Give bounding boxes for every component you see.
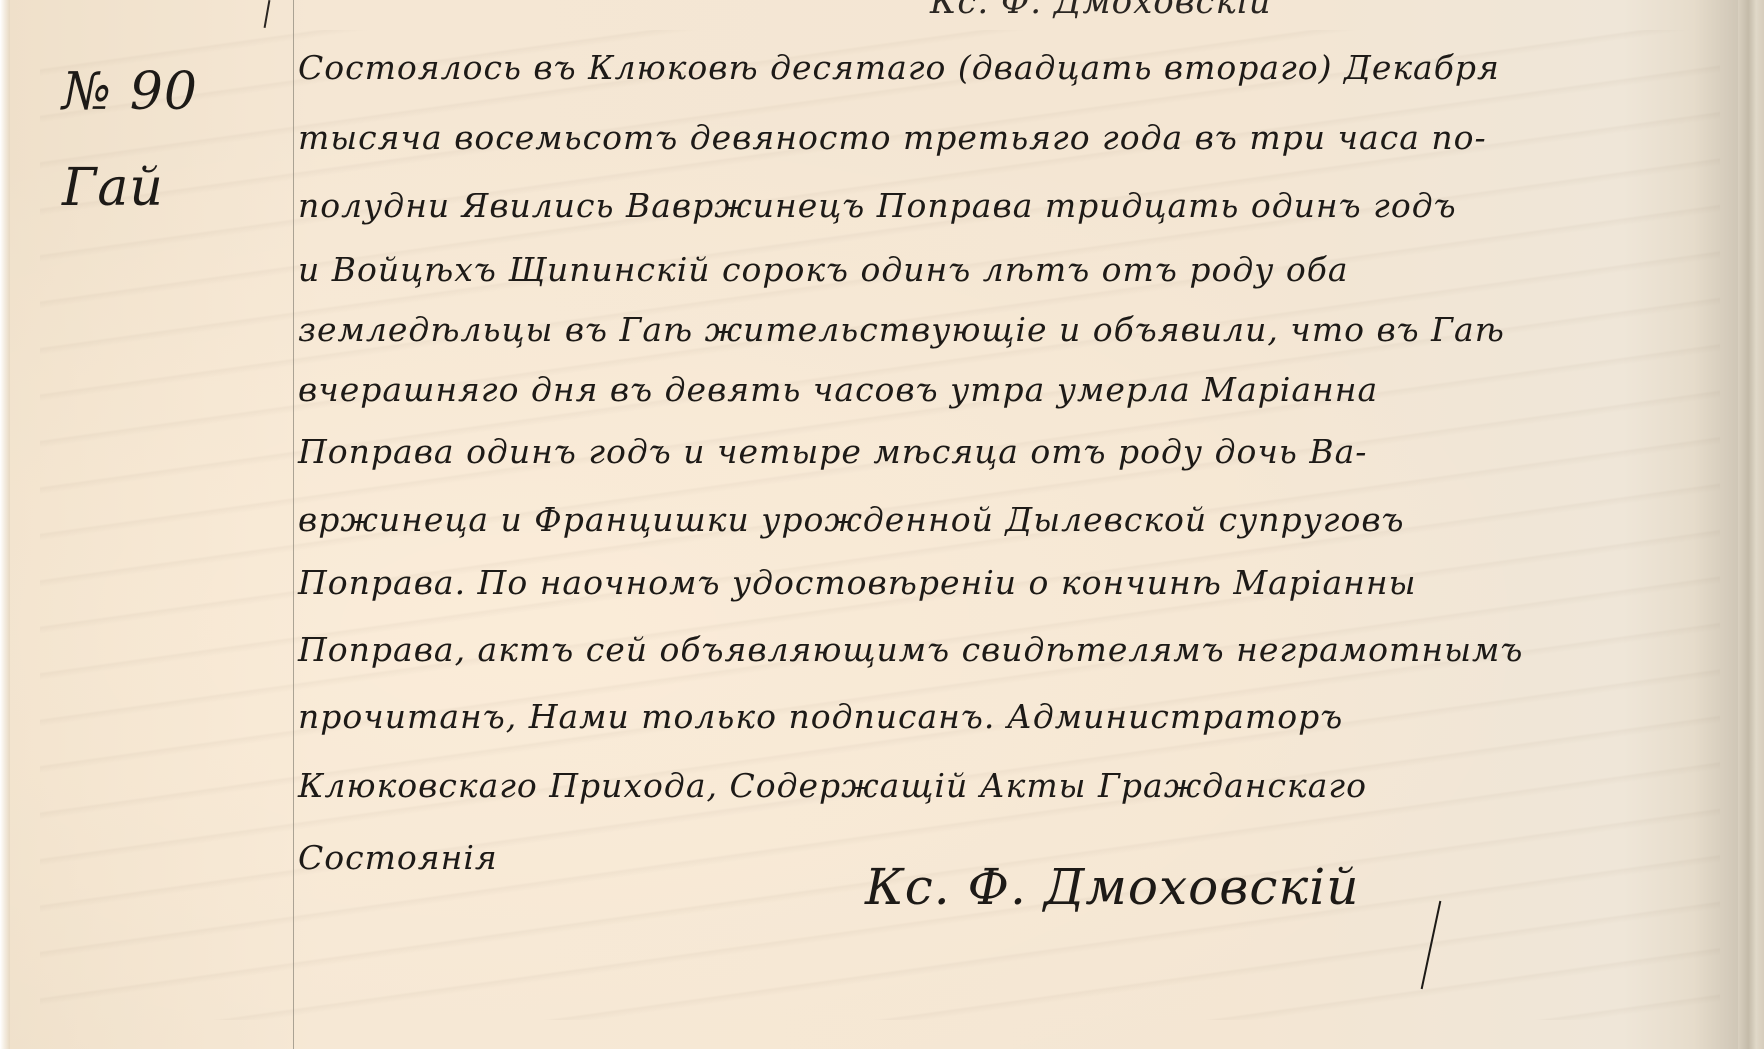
- margin-rule: [293, 0, 294, 1049]
- text-line-12: Клюковскаго Прихода, Содержащій Акты Гра…: [298, 766, 1367, 805]
- text-line-6: вчерашняго дня въ девять часовъ утра уме…: [298, 370, 1378, 409]
- text-line-8: вржинеца и Францишки урожденной Дылевско…: [298, 500, 1405, 539]
- text-line-2: тысяча восемьсотъ девяносто третьяго год…: [298, 118, 1487, 157]
- book-gutter: [1738, 0, 1764, 1049]
- entry-place: Гай: [62, 158, 164, 218]
- text-line-11: прочитанъ, Нами только подписанъ. Админи…: [298, 697, 1343, 736]
- previous-entry-signature: Кс. Ф. Дмоховскій: [930, 0, 1272, 22]
- text-line-1: Состоялось въ Клюковѣ десятаго (двадцать…: [298, 48, 1500, 87]
- text-line-4: и Войцѣхъ Щипинскій сорокъ одинъ лѣтъ от…: [298, 250, 1349, 289]
- text-line-3: полудни Явились Вавржинецъ Поправа тридц…: [298, 186, 1457, 225]
- document-page: Кс. Ф. Дмоховскій № 90 Гай Состоялось въ…: [0, 0, 1764, 1049]
- text-line-13: Состоянія: [298, 838, 498, 877]
- ink-descender: [264, 0, 271, 28]
- signature-flourish: [1421, 901, 1442, 989]
- text-line-7: Поправа одинъ годъ и четыре мѣсяца отъ р…: [298, 432, 1367, 471]
- text-line-5: земледѣльцы въ Гаѣ жительствующіе и объя…: [298, 310, 1505, 349]
- page-edge: [0, 0, 10, 1049]
- text-line-10: Поправа, актъ сей объявляющимъ свидѣтеля…: [298, 630, 1523, 669]
- administrator-signature: Кс. Ф. Дмоховскій: [865, 858, 1359, 916]
- text-line-9: Поправа. По наочномъ удостовѣреніи о кон…: [298, 563, 1417, 602]
- entry-number: № 90: [62, 62, 198, 122]
